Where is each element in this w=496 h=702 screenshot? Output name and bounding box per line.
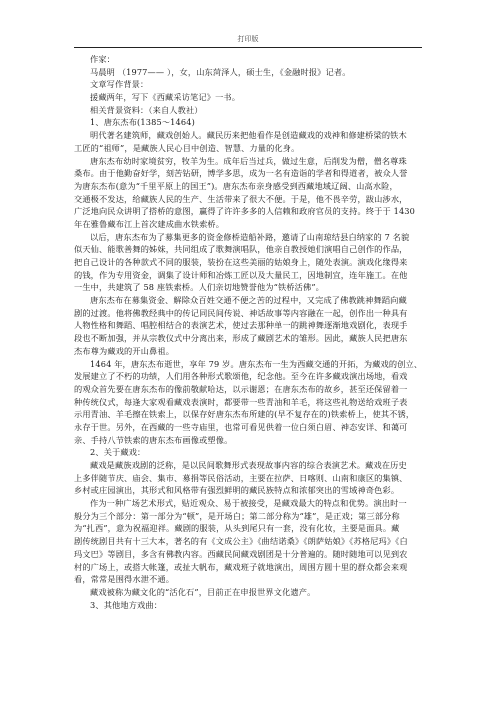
text-line: 相关背景资料：（来自人教社） [74, 104, 422, 117]
text-line: 般分为三个部分：第一部分为“顿”，是开场白；第二部分称为“雄”，是正戏；第三部分… [74, 510, 422, 523]
text-line: 段也不断加强，并从宗教仪式中分离出来，形成了藏剧艺术的雏形。因此，藏族人民把唐东 [74, 332, 422, 345]
text-line: 看，常常是围得水泄不通。 [74, 573, 422, 586]
text-line: 马晨明 （1977—— ），女，山东菏泽人，硕士生，《金融时报》记者。 [74, 66, 422, 79]
text-line: 发展建立了不朽的功绩，人们用各种形式歌颂他，纪念他。至今在许多藏戏演出场地，看戏 [74, 370, 422, 383]
text-line: 为“扎西”，意为祝福迎祥。藏剧的服装，从头到尾只有一套，没有化妆，主要是面具。藏 [74, 522, 422, 535]
document-body: 作家：马晨明 （1977—— ），女，山东菏泽人，硕士生，《金融时报》记者。文章… [74, 53, 422, 611]
text-line: 剧传统剧目共有十三大本，著名的有《文成公主》《曲结诺桑》《朗萨姑娘》《苏格尼玛》… [74, 535, 422, 548]
text-line: 1、唐东杰布(1385～1464) [74, 116, 422, 129]
text-line: 的钱，作为专用资金，调集了设计师和冶炼工匠以及大量民工，因地制宜，连年施工。在他 [74, 269, 422, 282]
text-line: 一生中，共建筑了 58 座铁索桥。人们亲切地赞誉他为“铁桥活佛”。 [74, 281, 422, 294]
text-line: 唐东杰布在募集资金、解除众百姓交通不便之苦的过程中，又完成了佛教跳神舞蹈向藏 [74, 294, 422, 307]
text-line: 把自己设计的各种款式不同的服装，装扮在这些美丽的姑娘身上，随处表演。演戏化缘得来 [74, 256, 422, 269]
text-line: 援藏两年，写下《西藏采访笔记》一书。 [74, 91, 422, 104]
text-line: 剧的过渡。他将佛教经典中的传记同民间传说、神话故事等内容融在一起，创作出一种具有 [74, 307, 422, 320]
text-line: 桑布。由于他勤奋好学，刻苦钻研，博学多思，成为一名有造诣的学者和得道者，被众人誉 [74, 167, 422, 180]
text-line: 工匠的“祖师”，是藏族人民心目中创造、智慧、力量的化身。 [74, 142, 422, 155]
text-line: 年在雅鲁藏布江上首次建成曲水铁索桥。 [74, 218, 422, 231]
text-line: 村的广场上，或搭大帐篷，或扯大帆布，藏戏班子就地演出，周围方圆十里的群众都会来观 [74, 561, 422, 574]
text-line: 文章写作背景： [74, 78, 422, 91]
text-line: 永存于世。另外，在西藏的一些寺庙里，也常可看见供着一位白须白眉、神态安详、和蔼可 [74, 421, 422, 434]
text-line: 似天仙、能歌善舞的姊妹，共同组成了歌舞演唱队，他亲自教授她们演唱自己创作的作品， [74, 243, 422, 256]
text-line: 明代著名建筑师，藏戏创始人。藏民历来把他看作是创造藏戏的戏神和修建桥梁的铁木 [74, 129, 422, 142]
text-line: 上多伴随节庆、庙会、集市、募捐等民俗活动，主要在拉萨、日喀则、山南和康区的集镇、 [74, 472, 422, 485]
text-line: 作为一种广场艺术形式，贴近观众、易于被接受，是藏戏最大的特点和优势。演出时一 [74, 497, 422, 510]
text-line: 杰布尊为藏戏的开山鼻祖。 [74, 345, 422, 358]
text-line: 示用青油、羊毛擦在铁索上，以保存好唐东杰布所建的(早不复存在的)铁索桥上，使其不… [74, 408, 422, 421]
text-line: 亲、手持八节铁索的唐东杰布画像或塑像。 [74, 434, 422, 447]
text-line: 唐东杰布幼时家境贫穷，牧羊为生。成年后当过兵，做过生意，后削发为僧，僧名尊珠 [74, 155, 422, 168]
header-title: 打印版 [238, 35, 259, 43]
text-line: 以后，唐东杰布为了募集更多的资金修桥造船补路，邀请了山南琼结县白纳家的 7 名貌 [74, 231, 422, 244]
text-line: 种传统仪式，每逢大家观看藏戏表演时，都要带一些青油和羊毛，将这些礼物送给戏班子表 [74, 396, 422, 409]
text-line: 为唐东杰布(意为“千里平原上的国王”)。唐东杰布亲身感受到西藏地域辽阔、山高水险… [74, 180, 422, 193]
text-line: 人物性格和舞蹈、唱腔相结合的表演艺术，使过去那种单一的跳神舞逐渐地戏剧化，表现手 [74, 319, 422, 332]
text-line: 藏戏是藏族戏剧的泛称，是以民间歌舞形式表现故事内容的综合表演艺术。藏戏在历史 [74, 459, 422, 472]
text-line: 作家： [74, 53, 422, 66]
text-line: 的观众首先要在唐东杰布的像前敬献哈达，以示谢恩；在唐东杰布的故乡，甚至还保留着一 [74, 383, 422, 396]
text-line: 藏戏被称为藏文化的“活化石”，目前正在申报世界文化遗产。 [74, 586, 422, 599]
text-line: 3、其他地方戏曲： [74, 599, 422, 612]
text-line: 广泛地向民众讲明了搭桥的意图，赢得了许许多多的人信赖和政府官员的支持。终于于 1… [74, 205, 422, 218]
page-header: 打印版 [74, 34, 422, 48]
text-line: 交通极不发达，给藏族人民的生产、生活带来了很大不便。于是，他不畏辛劳，跋山涉水， [74, 193, 422, 206]
text-line: 2、关于藏戏： [74, 446, 422, 459]
text-line: 玛文巴》等剧目，多含有佛教内容。西藏民间藏戏剧团是十分普遍的。随时随地可以见到农 [74, 548, 422, 561]
text-line: 1464 年，唐东杰布逝世，享年 79 岁。唐东杰布一生为西藏交通的开拓，为藏戏… [74, 358, 422, 371]
text-line: 乡村或庄园演出，其形式和风格带有强烈鲜明的藏民族特点和浓郁突出的雪域神奇色彩。 [74, 484, 422, 497]
